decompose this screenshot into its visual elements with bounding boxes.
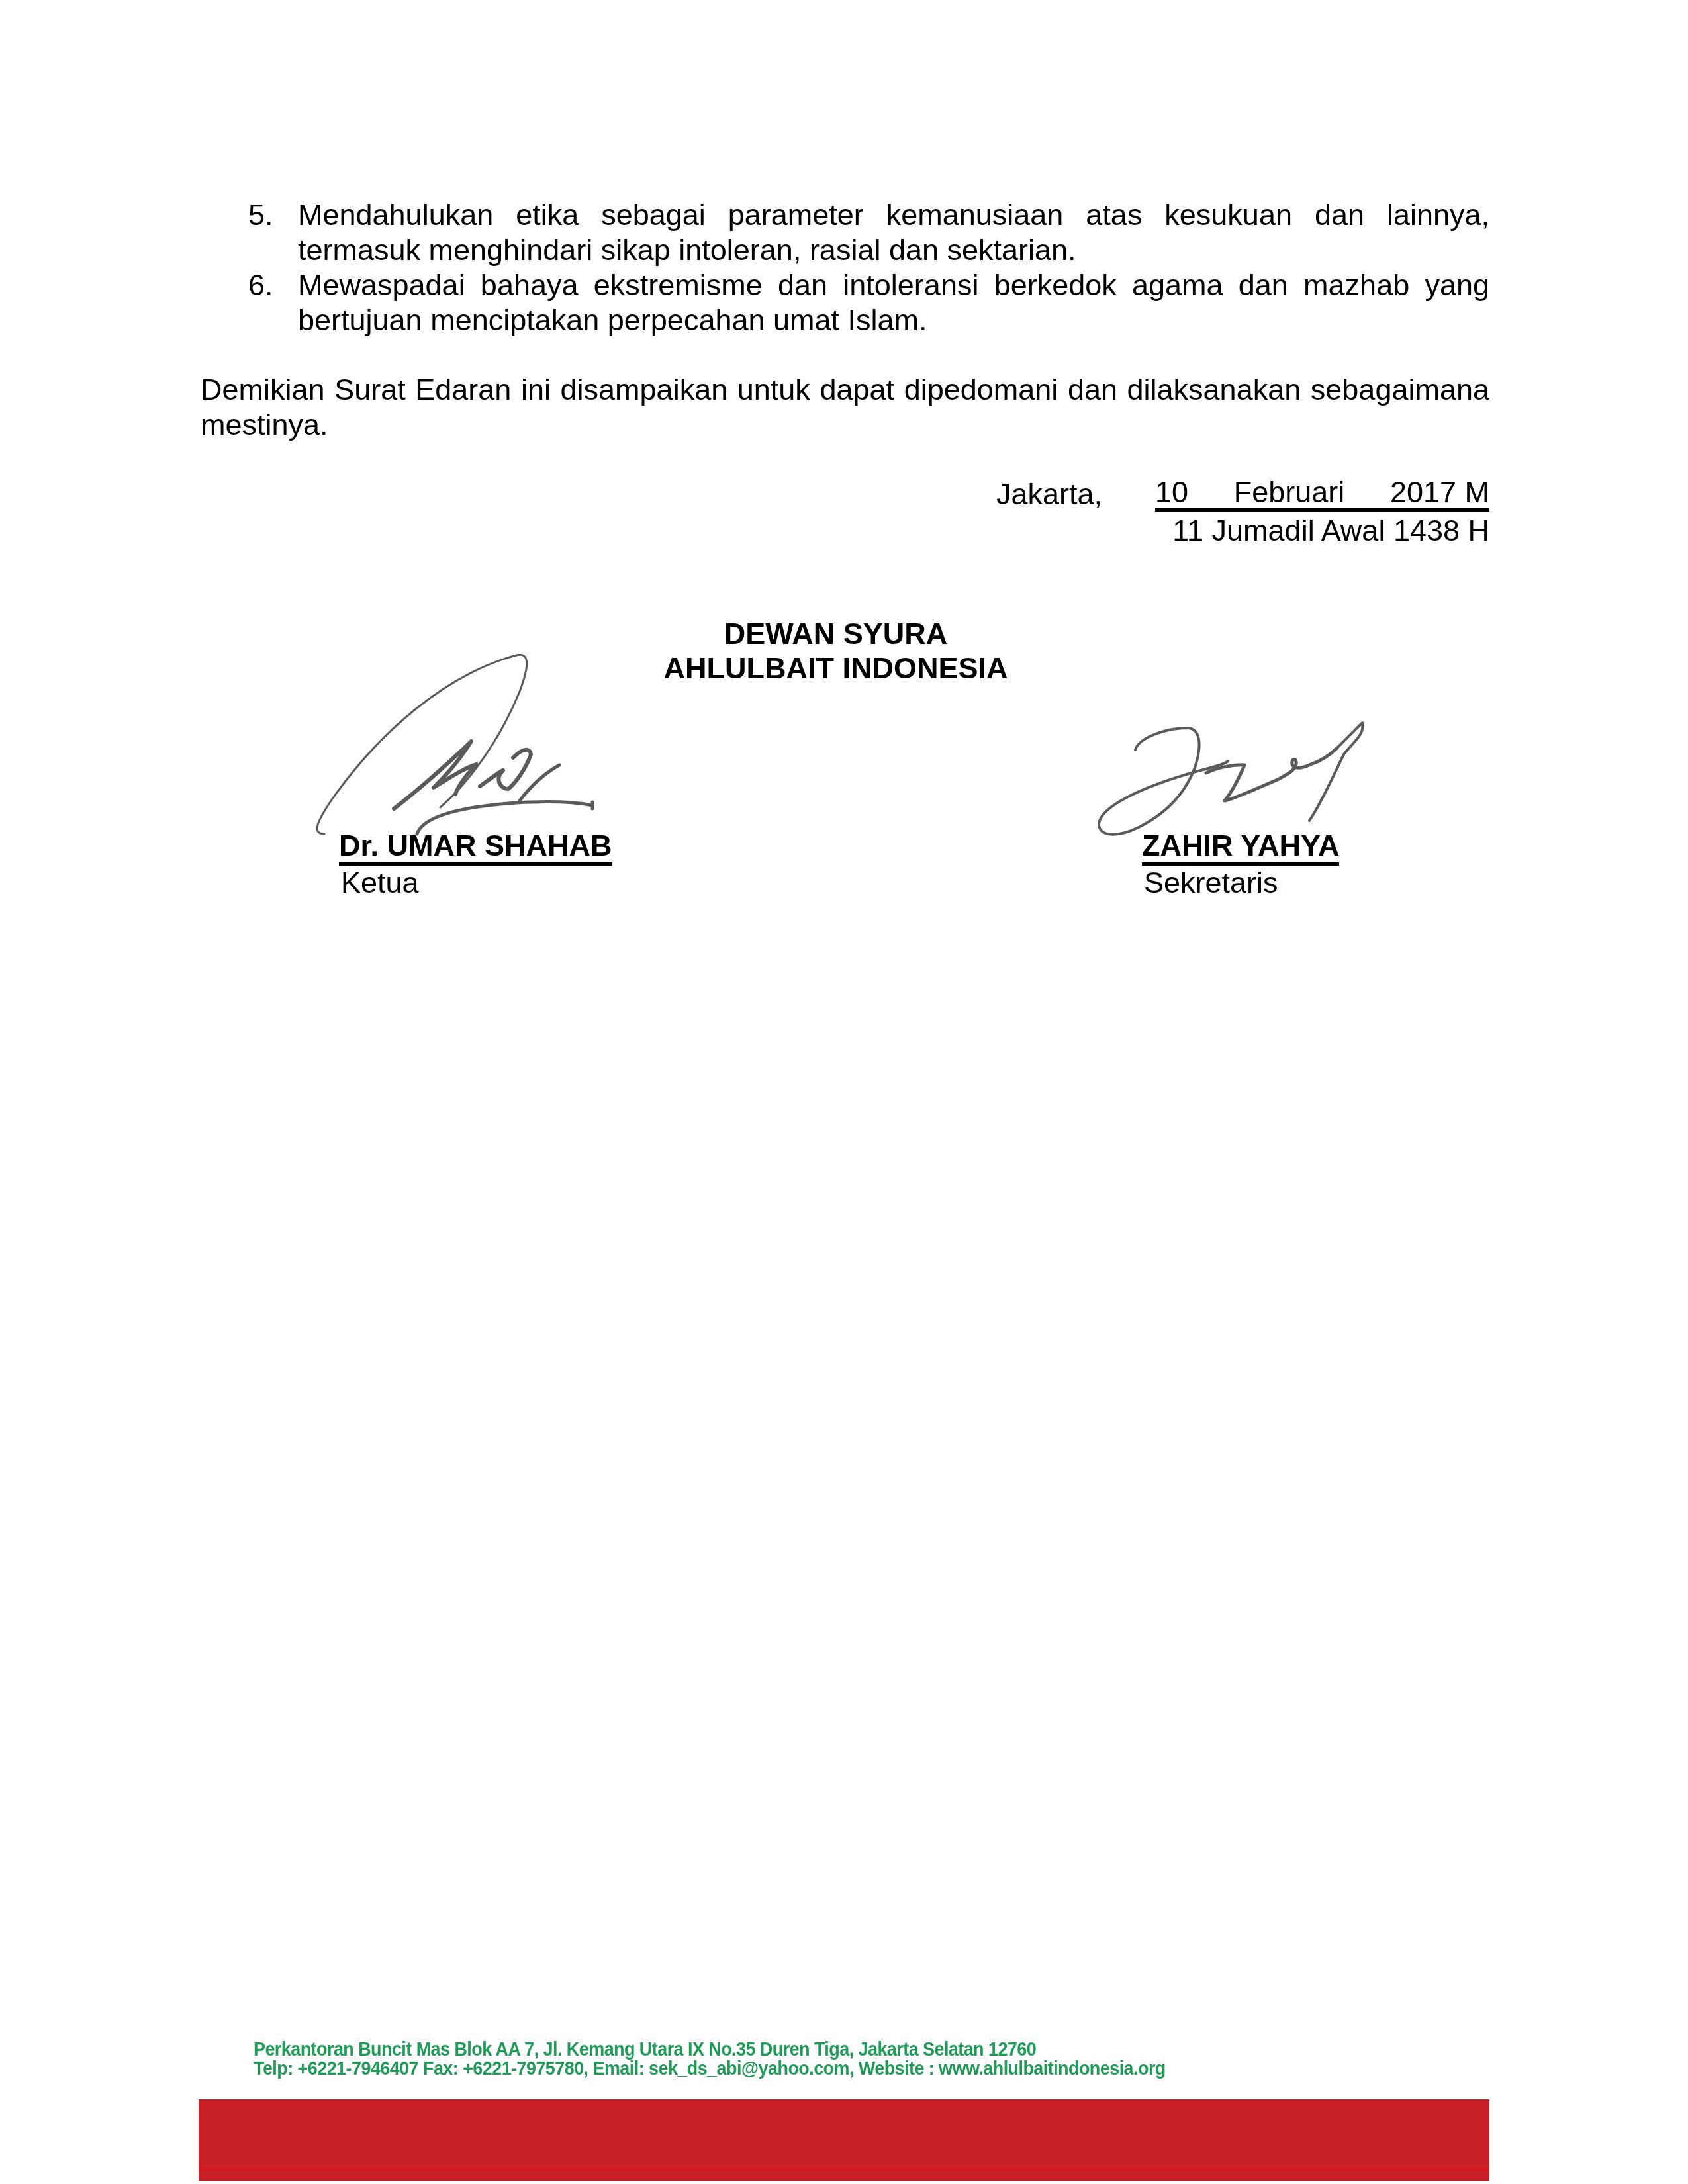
- date-month: Februari: [1234, 477, 1345, 508]
- date-year: 2017 M: [1390, 477, 1489, 508]
- letterhead-footer: Perkantoran Buncit Mas Blok AA 7, Jl. Ke…: [254, 2040, 1166, 2079]
- list-text-line: bertujuan menciptakan perpecahan umat Is…: [298, 303, 927, 337]
- date-city: Jakarta,: [996, 477, 1102, 512]
- footer-address: Perkantoran Buncit Mas Blok AA 7, Jl. Ke…: [254, 2040, 1166, 2060]
- closing-paragraph: Demikian Surat Edaran ini disampaikan un…: [201, 372, 1489, 442]
- footer-bar-stripe: [199, 2168, 1489, 2170]
- list-text-line: termasuk menghindari sikap intoleran, ra…: [298, 233, 1076, 267]
- footer-contact: Telp: +6221-7946407 Fax: +6221-7975780, …: [254, 2060, 1166, 2079]
- date-hijri: 11 Jumadil Awal 1438 H: [1172, 513, 1489, 548]
- list-item-6: 6. Mewaspadai bahaya ekstremisme dan int…: [248, 267, 1489, 338]
- organization-heading: DEWAN SYURA AHLULBAIT INDONESIA: [0, 617, 1671, 686]
- closing-line: Demikian Surat Edaran ini disampaikan un…: [201, 372, 1489, 407]
- organization-line: DEWAN SYURA: [0, 617, 1671, 651]
- date-day: 10: [1155, 477, 1188, 508]
- signatory-umar-shahab: Dr. UMAR SHAHAB Ketua: [339, 831, 612, 900]
- list-number: 5.: [248, 197, 273, 232]
- signature-umar-shahab-icon: [298, 635, 695, 847]
- organization-line: AHLULBAIT INDONESIA: [0, 651, 1671, 686]
- date-gregorian: 10 Februari 2017 M: [1155, 477, 1489, 512]
- signatory-name: Dr. UMAR SHAHAB: [339, 831, 612, 866]
- list-text-line: Mendahulukan etika sebagai parameter kem…: [298, 197, 1489, 232]
- signatory-name: ZAHIR YAHYA: [1142, 831, 1339, 866]
- signatory-role: Ketua: [341, 866, 612, 900]
- list-text-line: Mewaspadai bahaya ekstremisme dan intole…: [298, 267, 1489, 302]
- closing-line: mestinya.: [201, 408, 328, 441]
- list-item-5: 5. Mendahulukan etika sebagai parameter …: [248, 197, 1489, 267]
- list-number: 6.: [248, 267, 273, 302]
- signatory-role: Sekretaris: [1144, 866, 1339, 900]
- footer-red-bar: [199, 2099, 1489, 2181]
- signature-zahir-yahya-icon: [1059, 702, 1430, 847]
- signatory-zahir-yahya: ZAHIR YAHYA Sekretaris: [1142, 831, 1339, 900]
